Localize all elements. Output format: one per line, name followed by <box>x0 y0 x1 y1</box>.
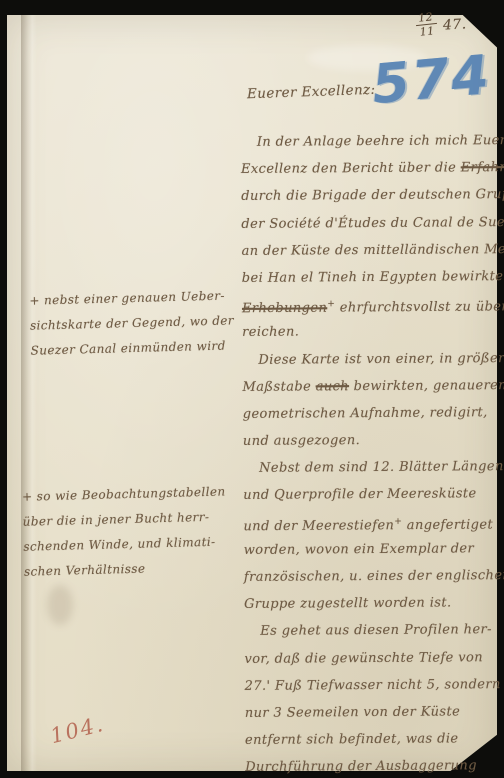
manuscript-line: der Société d'Études du Canal de Suez <box>241 209 497 238</box>
struck-word: Erhebungen <box>242 301 327 317</box>
margin-note-map: + nebst einer genauen Ueber- sichtskarte… <box>29 283 236 363</box>
manuscript-line: Es gehet aus diesen Profilen her- <box>244 616 500 645</box>
insertion-mark: + <box>394 516 402 526</box>
manuscript-line: Excellenz den Bericht über die Erfahrung… <box>241 154 497 183</box>
manuscript-line: vor, daß die gewünschte Tiefe von <box>244 644 500 673</box>
manuscript-line: reichen. <box>242 317 498 346</box>
fraction-note: 12 11 <box>415 11 438 38</box>
manuscript-line: entfernt sich befindet, was die <box>245 725 501 754</box>
manuscript-line: Diese Karte ist von einer, in größerem <box>242 345 498 374</box>
manuscript-line: und ausgezogen. <box>243 426 499 455</box>
blue-registry-number: 574 <box>369 43 493 116</box>
manuscript-line: und Querprofile der Meeresküste <box>243 481 499 510</box>
manuscript-line: Gruppe zugestellt worden ist. <box>244 589 500 618</box>
manuscript-line: durch die Brigade der deutschen Gruppe <box>241 181 497 210</box>
binding-fold-crease <box>21 15 37 771</box>
line-text: Maßstabe <box>242 379 315 395</box>
manuscript-line: 27.' Fuß Tiefwasser nicht 5, sondern <box>245 671 501 700</box>
line-text: bewirkten, genaueren <box>349 378 504 394</box>
struck-word: auch <box>316 379 349 394</box>
manuscript-line: geometrischen Aufnahme, redigirt, <box>243 399 499 428</box>
manuscript-line: Maßstabe auch bewirkten, genaueren <box>242 372 498 401</box>
manuscript-line: nur 3 Seemeilen von der Küste <box>245 698 501 727</box>
margin-note-tables: + so wie Beobachtungstabellen über die i… <box>22 479 235 584</box>
line-text: Excellenz den Bericht über die <box>241 161 461 178</box>
manuscript-line: Erhebungen+ ehrfurchtsvollst zu über- <box>242 290 498 319</box>
line-text: ehrfurchtsvollst zu über- <box>335 299 504 315</box>
fraction-denominator: 11 <box>419 24 435 37</box>
manuscript-line: In der Anlage beehre ich mich Euerer <box>241 127 497 156</box>
paper-stain <box>47 585 73 625</box>
line-text: angefertiget <box>402 517 493 533</box>
manuscript-line: worden, wovon ein Exemplar der <box>244 535 500 564</box>
manuscript-line: Nebst dem sind 12. Blätter Längen <box>243 453 499 482</box>
manuscript-line: bei Han el Tineh in Egypten bewirkten <box>242 263 498 292</box>
manuscript-line: französischen, u. eines der englischen <box>244 562 500 591</box>
line-text: und der Meerestiefen <box>243 518 394 534</box>
corner-date-note: 12 11 47. <box>416 12 466 37</box>
struck-word: Erfahrungen <box>461 160 504 176</box>
letter-body: In der Anlage beehre ich mich Euerer Exc… <box>241 127 502 778</box>
manuscript-line: an der Küste des mittelländischen Meeres <box>241 236 497 265</box>
margin-note-line: Suezer Canal einmünden wird <box>30 333 236 363</box>
manuscript-line: und der Meerestiefen+ angefertiget <box>243 508 499 537</box>
manuscript-line: Durchführung der Ausbaggerung <box>245 752 501 778</box>
corner-number: 47. <box>442 16 466 33</box>
